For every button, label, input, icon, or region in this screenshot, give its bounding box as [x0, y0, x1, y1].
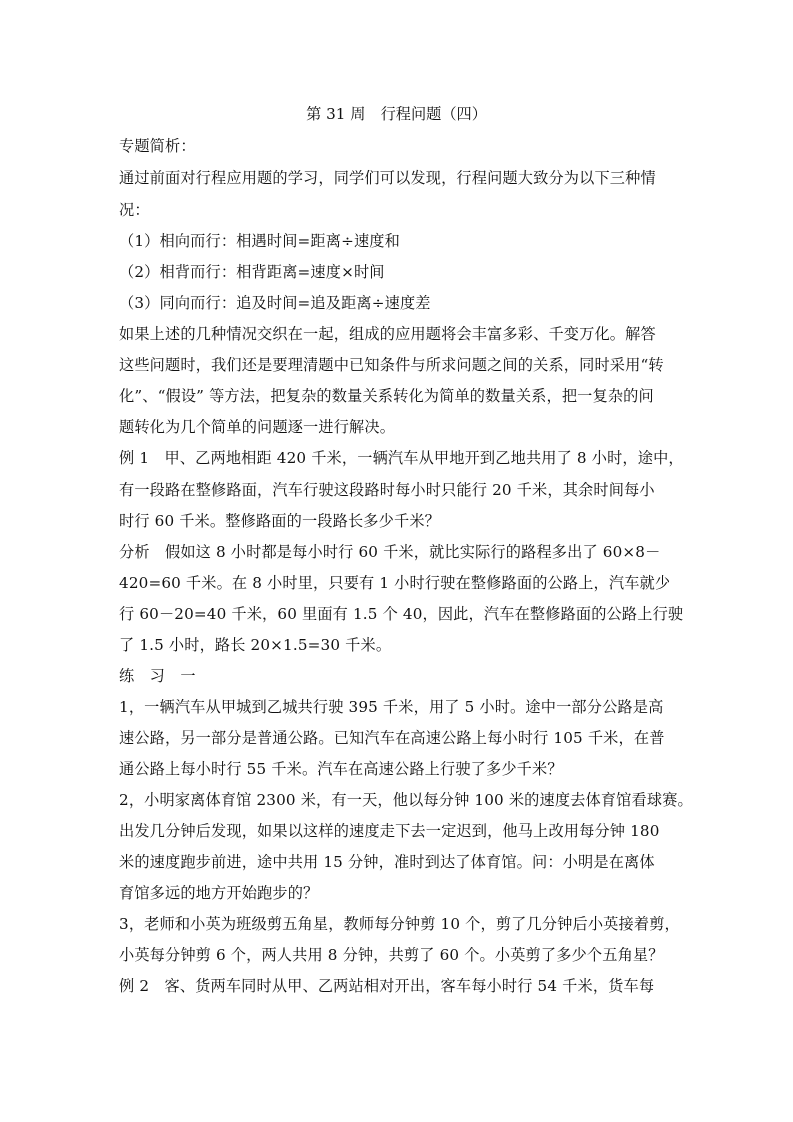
exercise-1-q3-line: 小英每分钟剪 6 个，两人共用 8 分钟，共剪了 60 个。小英剪了多少个五角星… [119, 945, 694, 965]
exercise-1-q2-line: 出发几分钟后发现，如果以这样的速度走下去一定迟到，他马上改用每分钟 180 [119, 821, 694, 841]
exercise-1-q1-line: 速公路，另一部分是普通公路。已知汽车在高速公路上每小时行 105 千米，在普 [119, 728, 694, 748]
exercise-1-heading: 练 习 一 [119, 666, 694, 686]
example-1-line: 时行 60 千米。整修路面的一段路长多少千米？ [119, 511, 694, 531]
analysis-1-line: 了 1.5 小时，路长 20×1.5=30 千米。 [119, 635, 694, 655]
formula-line-chase: （3）同向而行：追及时间=追及距离÷速度差 [119, 293, 694, 313]
exercise-1-q2-line: 米的速度跑步前进，途中共用 15 分钟，准时到达了体育馆。问：小明是在离体 [119, 852, 694, 872]
example-2-line: 例 2 客、货两车同时从甲、乙两站相对开出，客车每小时行 54 千米，货车每 [119, 976, 694, 996]
analysis-1-line: 分析 假如这 8 小时都是每小时行 60 千米，就比实际行的路程多出了 60×8… [119, 542, 694, 562]
analysis-1-line: 420=60 千米。在 8 小时里，只要有 1 小时行驶在整修路面的公路上，汽车… [119, 573, 694, 593]
example-1-line: 有一段路在整修路面，汽车行驶这段路时每小时只能行 20 千米，其余时间每小 [119, 480, 694, 500]
intro-paragraph-line: 况： [119, 200, 694, 220]
summary-paragraph-line: 如果上述的几种情况交织在一起，组成的应用题将会丰富多彩、千变万化。解答 [119, 324, 694, 344]
example-1-line: 例 1 甲、乙两地相距 420 千米，一辆汽车从甲地开到乙地共用了 8 小时，途… [119, 448, 694, 468]
formula-line-meeting: （1）相向而行：相遇时间=距离÷速度和 [119, 231, 694, 251]
exercise-1-q2-line: 2，小明家离体育馆 2300 米，有一天，他以每分钟 100 米的速度去体育馆看… [119, 790, 694, 810]
summary-paragraph-line: 题转化为几个简单的问题逐一进行解决。 [119, 417, 694, 437]
summary-paragraph-line: 化”、“假设” 等方法，把复杂的数量关系转化为简单的数量关系，把一复杂的问 [119, 386, 694, 406]
analysis-1-line: 行 60－20=40 千米，60 里面有 1.5 个 40，因此，汽车在整修路面… [119, 604, 694, 624]
exercise-1-q1-line: 通公路上每小时行 55 千米。汽车在高速公路上行驶了多少千米？ [119, 759, 694, 779]
document-page: 第 31 周 行程问题（四） 专题简析： 通过前面对行程应用题的学习，同学们可以… [0, 0, 793, 1122]
page-title: 第 31 周 行程问题（四） [0, 103, 793, 124]
intro-paragraph-line: 通过前面对行程应用题的学习，同学们可以发现，行程问题大致分为以下三种情 [119, 168, 694, 188]
formula-line-opposite: （2）相背而行：相背距离=速度×时间 [119, 262, 694, 282]
exercise-1-q3-line: 3，老师和小英为班级剪五角星，教师每分钟剪 10 个，剪了几分钟后小英接着剪， [119, 914, 694, 934]
exercise-1-q2-line: 育馆多远的地方开始跑步的？ [119, 883, 694, 903]
section-heading-analysis: 专题简析： [119, 136, 694, 156]
summary-paragraph-line: 这些问题时，我们还是要理清题中已知条件与所求问题之间的关系，同时采用“转 [119, 355, 694, 375]
exercise-1-q1-line: 1，一辆汽车从甲城到乙城共行驶 395 千米，用了 5 小时。途中一部分公路是高 [119, 697, 694, 717]
